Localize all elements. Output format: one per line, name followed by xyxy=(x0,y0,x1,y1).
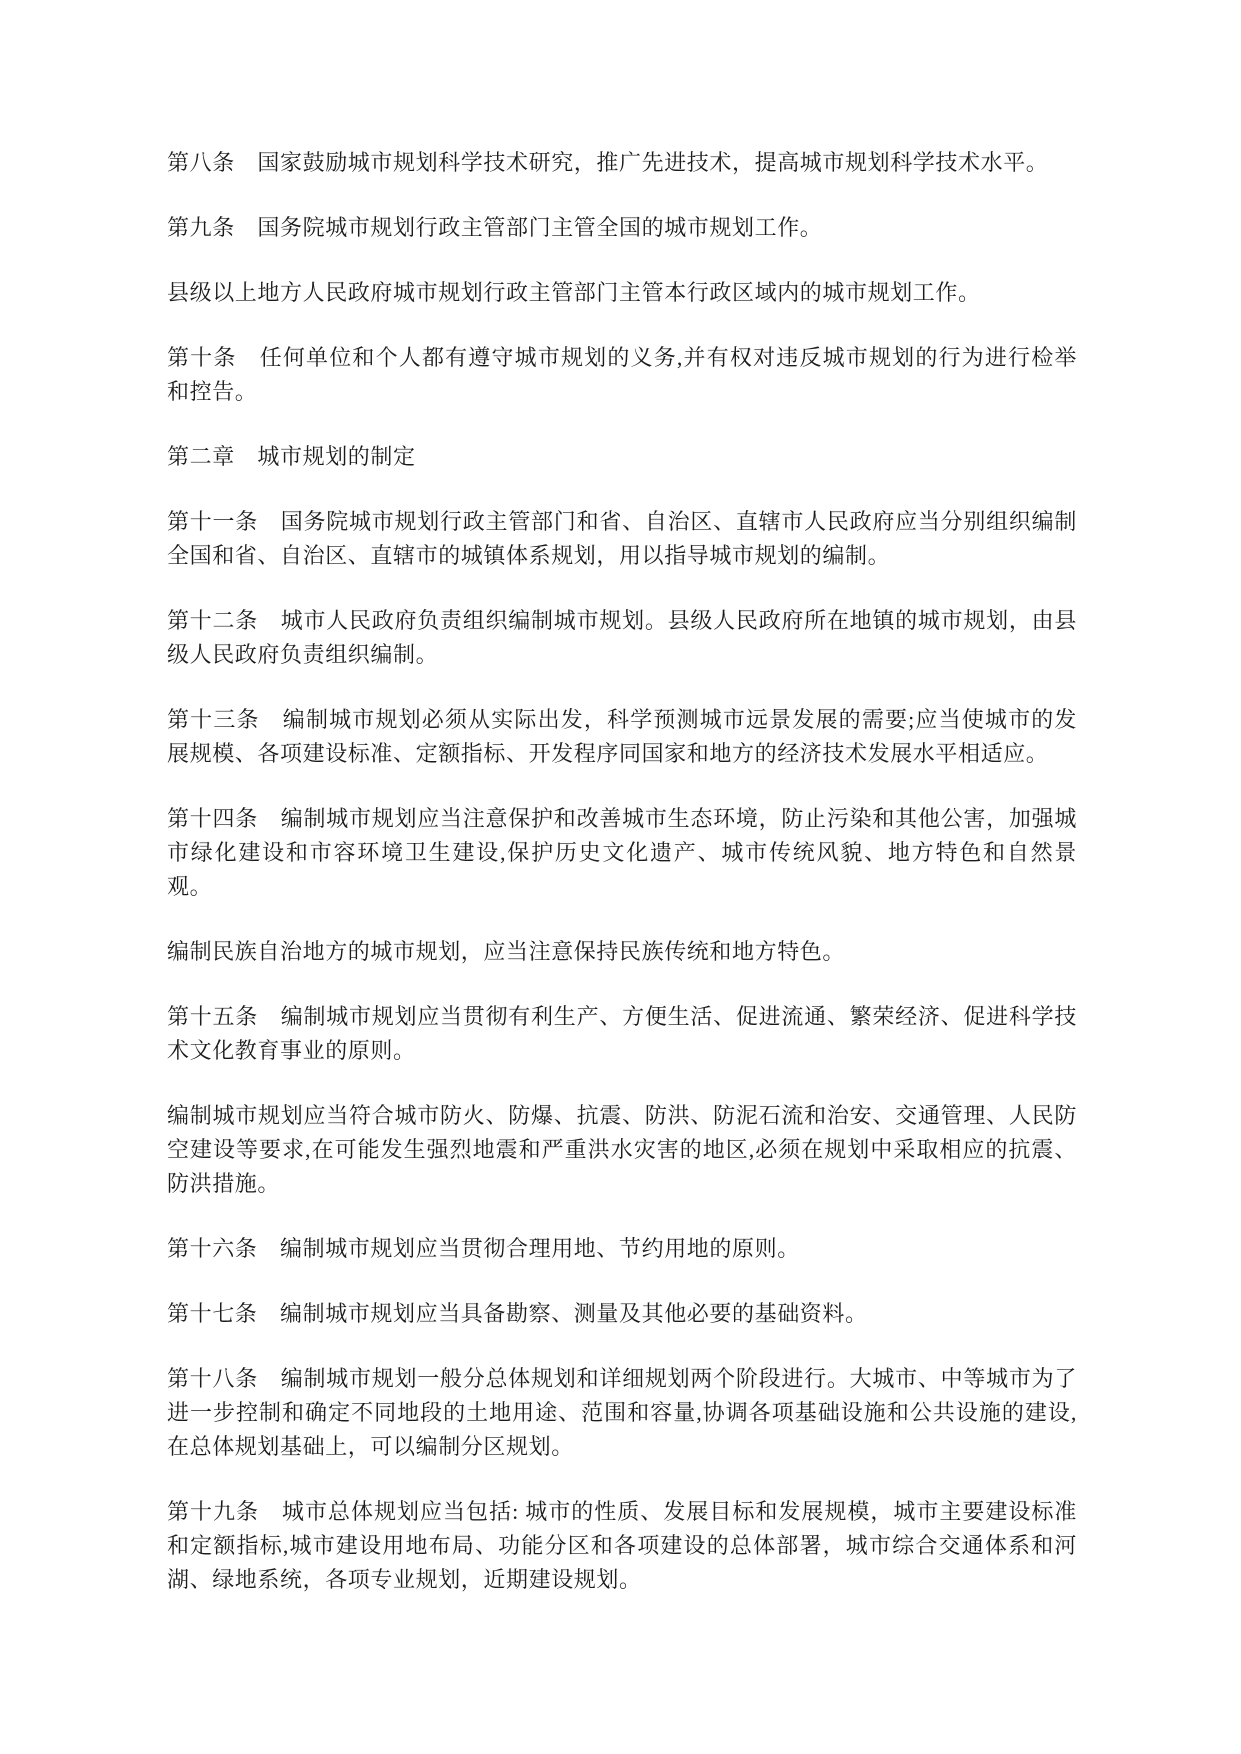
article-9: 第九条 国务院城市规划行政主管部门主管全国的城市规划工作。 xyxy=(167,211,1077,245)
article-16: 第十六条 编制城市规划应当贯彻合理用地、节约用地的原则。 xyxy=(167,1232,1077,1266)
article-14: 第十四条 编制城市规划应当注意保护和改善城市生态环境，防止污染和其他公害，加强城… xyxy=(167,802,1077,904)
article-8: 第八条 国家鼓励城市规划科学技术研究，推广先进技术，提高城市规划科学技术水平。 xyxy=(167,146,1077,180)
article-19: 第十九条 城市总体规划应当包括: 城市的性质、发展目标和发展规模，城市主要建设标… xyxy=(167,1495,1077,1597)
law-text-body: 第八条 国家鼓励城市规划科学技术研究，推广先进技术，提高城市规划科学技术水平。第… xyxy=(167,146,1077,1597)
article-12: 第十二条 城市人民政府负责组织编制城市规划。县级人民政府所在地镇的城市规划，由县… xyxy=(167,604,1077,672)
article-15: 第十五条 编制城市规划应当贯彻有利生产、方便生活、促进流通、繁荣经济、促进科学技… xyxy=(167,1000,1077,1068)
article-14-continuation: 编制民族自治地方的城市规划，应当注意保持民族传统和地方特色。 xyxy=(167,935,1077,969)
article-13: 第十三条 编制城市规划必须从实际出发，科学预测城市远景发展的需要;应当使城市的发… xyxy=(167,703,1077,771)
article-18: 第十八条 编制城市规划一般分总体规划和详细规划两个阶段进行。大城市、中等城市为了… xyxy=(167,1362,1077,1464)
chapter-2-heading: 第二章 城市规划的制定 xyxy=(167,440,1077,474)
document-page: 第八条 国家鼓励城市规划科学技术研究，推广先进技术，提高城市规划科学技术水平。第… xyxy=(0,0,1241,1754)
article-17: 第十七条 编制城市规划应当具备勘察、测量及其他必要的基础资料。 xyxy=(167,1297,1077,1331)
article-9-continuation: 县级以上地方人民政府城市规划行政主管部门主管本行政区域内的城市规划工作。 xyxy=(167,276,1077,310)
article-15-continuation: 编制城市规划应当符合城市防火、防爆、抗震、防洪、防泥石流和治安、交通管理、人民防… xyxy=(167,1099,1077,1201)
article-10: 第十条 任何单位和个人都有遵守城市规划的义务,并有权对违反城市规划的行为进行检举… xyxy=(167,341,1077,409)
article-11: 第十一条 国务院城市规划行政主管部门和省、自治区、直辖市人民政府应当分别组织编制… xyxy=(167,505,1077,573)
